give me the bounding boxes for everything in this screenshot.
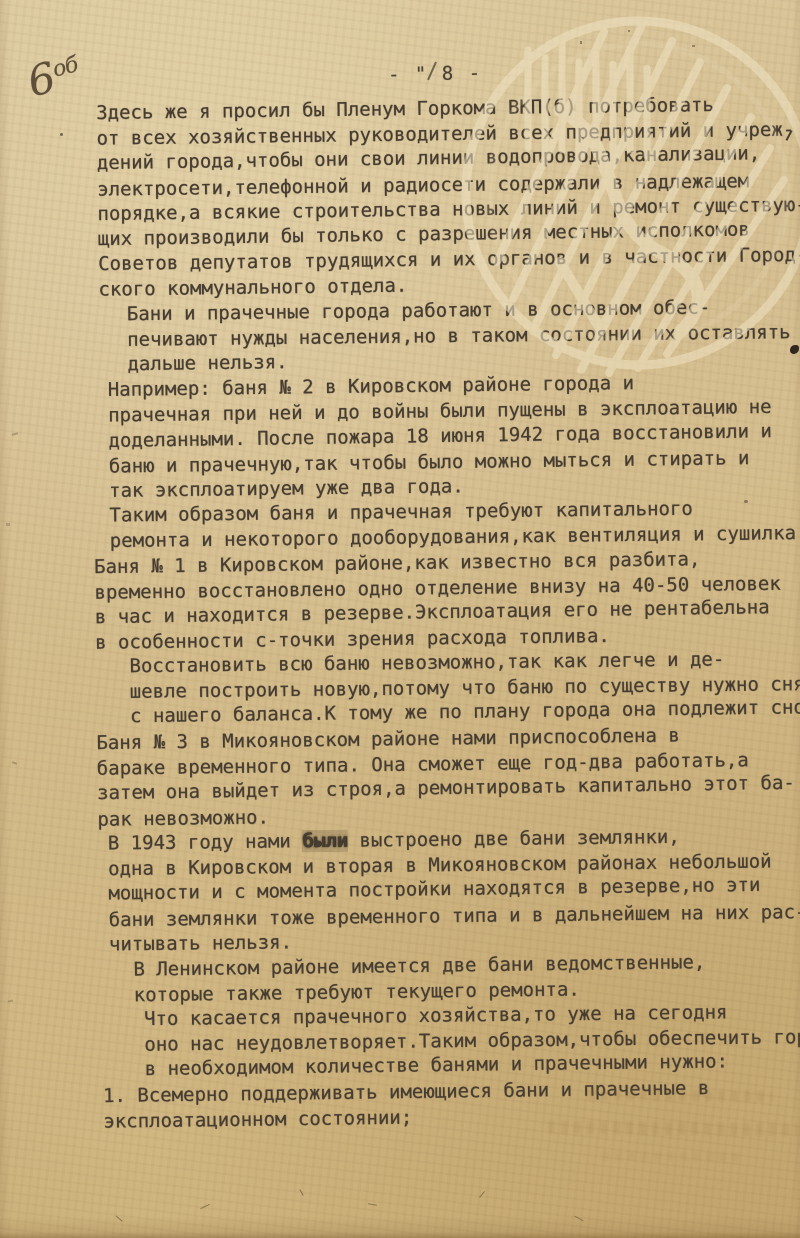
paper-fiber bbox=[200, 1204, 209, 1209]
typewritten-text: Здесь же я просил бы Пленум Горкома ВКП(… bbox=[26, 92, 799, 1135]
margin-tick bbox=[12, 761, 17, 765]
paper-fiber bbox=[479, 1191, 485, 1198]
paragraph: 1. Всемерно поддерживать имеющиеся бани … bbox=[49, 1075, 800, 1135]
margin-tick bbox=[6, 523, 10, 526]
margin-tick bbox=[12, 432, 18, 435]
ghost-bleedthrough bbox=[602, 1151, 742, 1161]
paragraph: Баня № 1 в Кировском районе,как известно… bbox=[36, 546, 793, 657]
text-run: В 1943 году нами bbox=[108, 830, 303, 854]
paper-speck bbox=[692, 45, 695, 47]
paragraph: В 1943 году нами были выстроено две бани… bbox=[36, 823, 797, 958]
paper-speck bbox=[628, 30, 630, 32]
paragraph: Бани и прачечные города работают и в осн… bbox=[35, 294, 790, 378]
handwritten-folio-note: 6об bbox=[24, 50, 84, 103]
paragraph: Восстановить всю баню невозможно,так как… bbox=[43, 647, 794, 731]
paragraph: Таким образом баня и прачечная требуют к… bbox=[39, 496, 792, 555]
folio-suffix: об bbox=[50, 52, 80, 82]
edge-tear-mark bbox=[790, 345, 799, 354]
paper-fiber bbox=[116, 1216, 123, 1222]
paragraph: Баня № 3 в Микояновском районе нами прис… bbox=[36, 722, 795, 833]
margin-tick bbox=[8, 1000, 13, 1003]
document-page: 6об - " 8 - Здесь же я просил бы Пленум … bbox=[0, 0, 800, 1238]
paragraph: Что касается прачечного хозяйства,то уже… bbox=[40, 1000, 799, 1084]
text-run: выстроено две бани землянки, bbox=[348, 826, 680, 852]
paragraph: Например: баня № 2 в Кировском районе го… bbox=[30, 369, 792, 505]
paper-speck bbox=[580, 41, 582, 44]
paper-fiber bbox=[368, 1203, 377, 1206]
paper-fiber bbox=[299, 1189, 303, 1196]
paper-fiber bbox=[574, 1216, 583, 1222]
paragraph: Здесь же я просил бы Пленум Горкома ВКП(… bbox=[30, 92, 789, 304]
overstruck-word: были bbox=[302, 830, 348, 853]
